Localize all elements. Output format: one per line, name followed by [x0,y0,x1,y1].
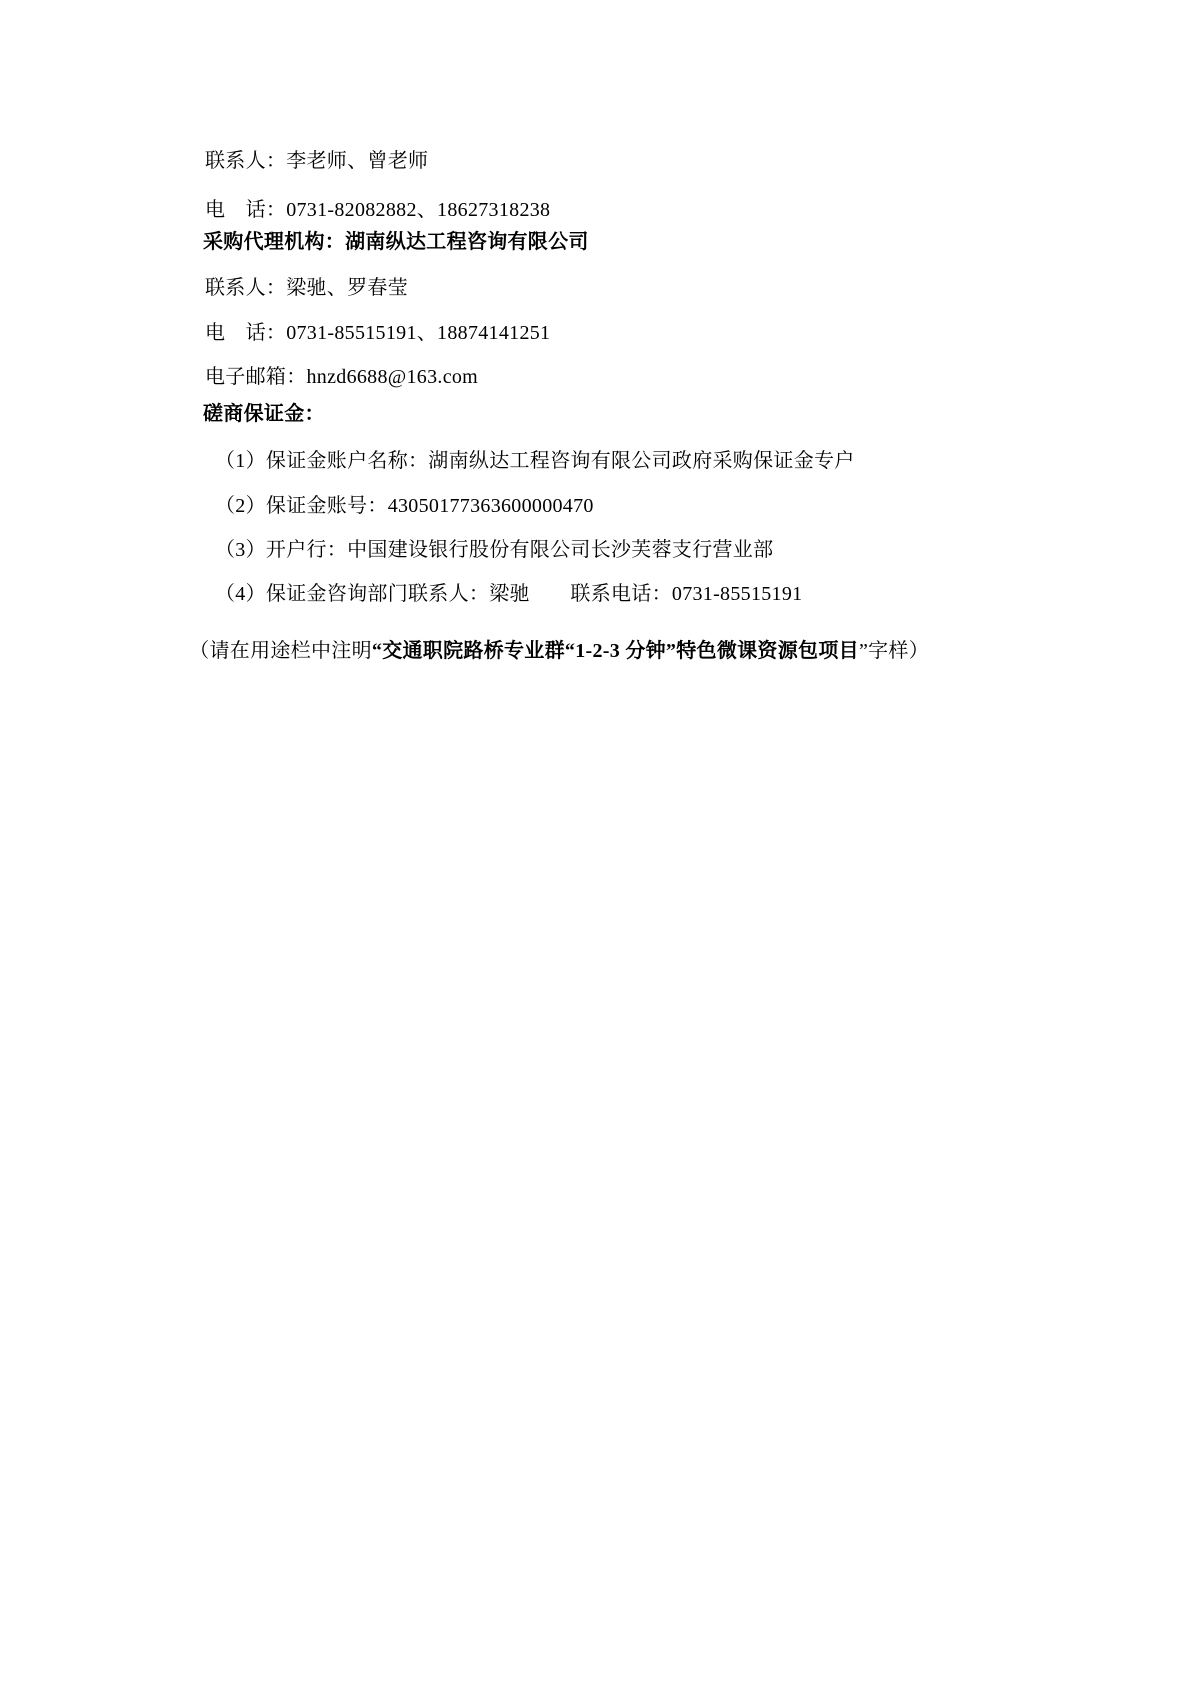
document-page: 联系人：李老师、曾老师 电 话：0731-82082882、1862731823… [0,0,1191,1684]
deposit-item-1-account-name: （1）保证金账户名称：湖南纵达工程咨询有限公司政府采购保证金专户 [215,447,855,475]
phone-1-line: 电 话：0731-82082882、18627318238 [205,196,550,224]
deposit-item-2-account-number: （2）保证金账号：43050177363600000470 [215,492,594,520]
remark-note-project-name: “交通职院路桥专业群“1-2-3 分钟”特色微课资源包项目 [372,640,859,662]
procurement-agency-heading: 采购代理机构：湖南纵达工程咨询有限公司 [203,228,589,256]
remark-note-suffix: ”字样） [859,640,929,662]
remark-note-prefix: （请在用途栏中注明 [189,640,372,662]
contact-person-1-line: 联系人：李老师、曾老师 [205,147,428,175]
deposit-item-3-bank: （3）开户行：中国建设银行股份有限公司长沙芙蓉支行营业部 [215,536,773,564]
phone-2-line: 电 话：0731-85515191、18874141251 [205,319,550,347]
deposit-heading: 磋商保证金： [203,400,325,428]
deposit-item-4-contact: （4）保证金咨询部门联系人：梁驰 联系电话：0731-85515191 [215,580,802,608]
contact-person-2-line: 联系人：梁驰、罗春莹 [205,274,408,302]
email-line: 电子邮箱：hnzd6688@163.com [205,363,478,391]
remark-note-line: （请在用途栏中注明“交通职院路桥专业群“1-2-3 分钟”特色微课资源包项目”字… [168,609,929,693]
